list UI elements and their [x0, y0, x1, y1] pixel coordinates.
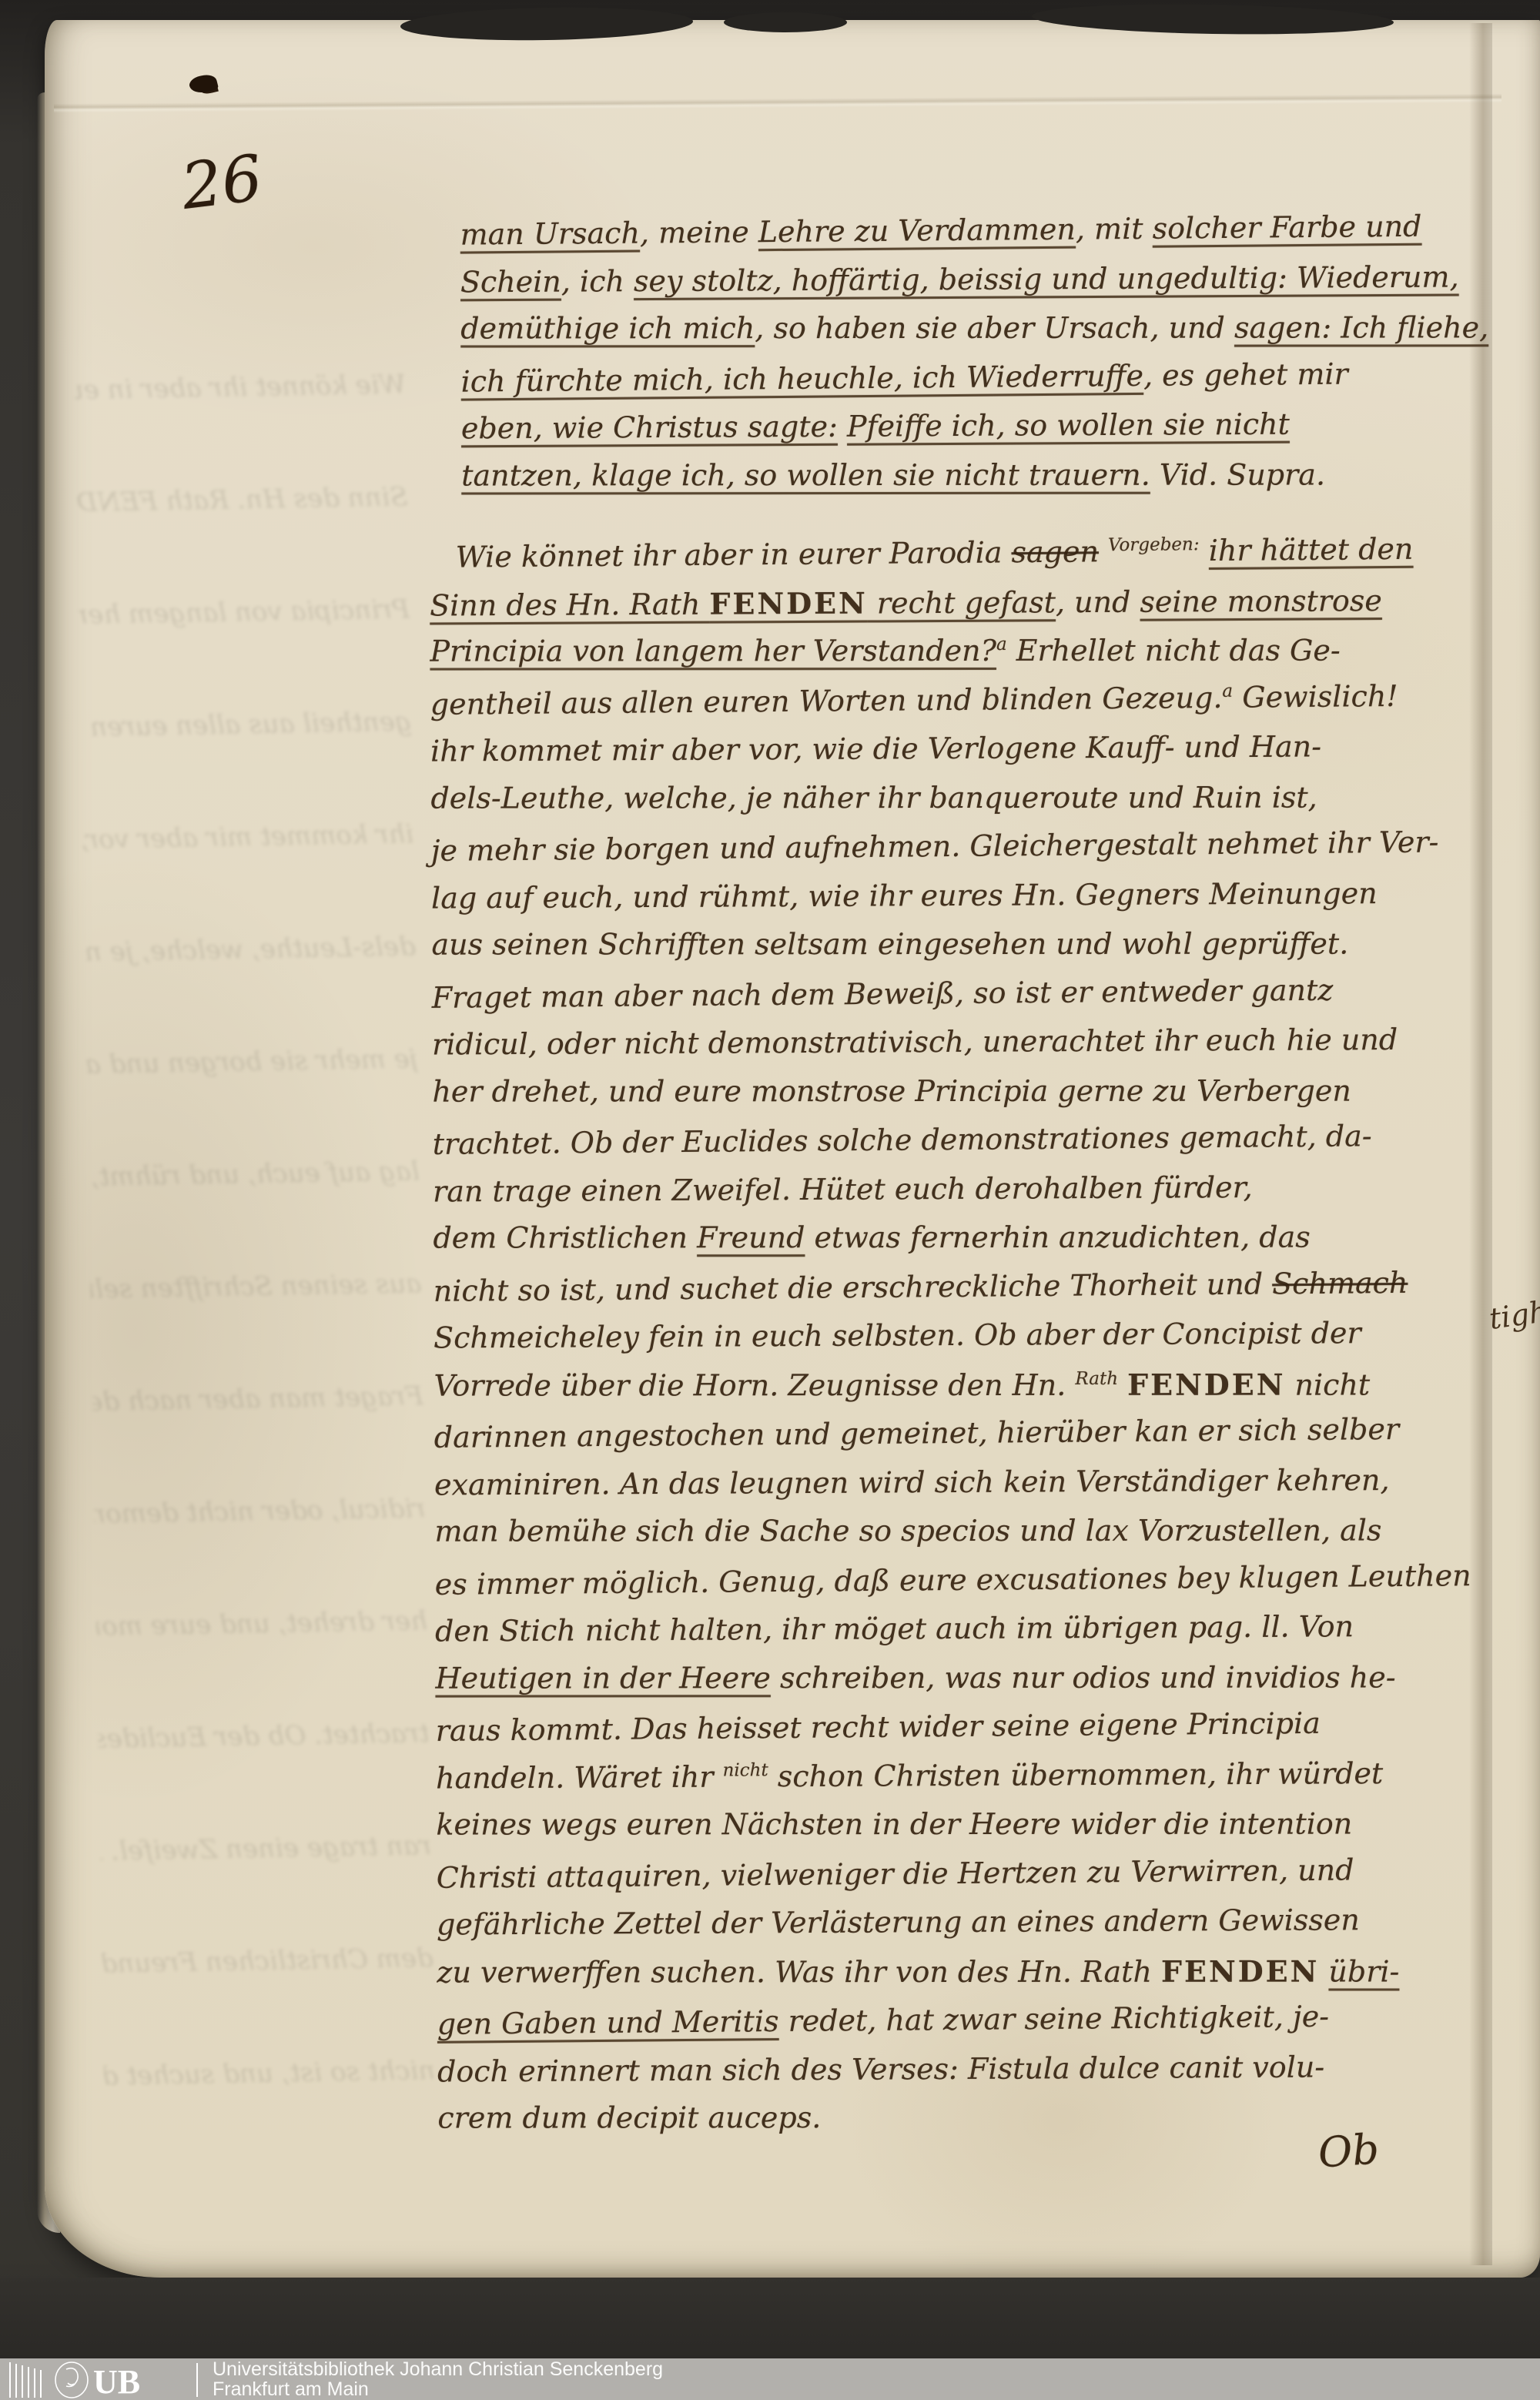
manuscript-line: eben, wie Christus sagte: Pfeiffe ich, s… — [461, 399, 1465, 453]
paragraph: man Ursach, meine Lehre zu Verdammen, mi… — [460, 203, 1465, 502]
manuscript-line: man Ursach, meine Lehre zu Verdammen, mi… — [460, 202, 1464, 259]
page-fold-shadow — [1469, 23, 1492, 2265]
portrait-icon — [55, 2362, 88, 2398]
manuscript-line: ran trage einen Zweifel. Hütet euch dero… — [433, 1162, 1468, 1217]
manuscript-line: keines wegs euren Nächsten in der Heere … — [436, 1799, 1471, 1849]
manuscript-line: tantzen, klage ich, so wollen sie nicht … — [461, 450, 1465, 500]
manuscript-line: man bemühe sich die Sache so specios und… — [434, 1506, 1470, 1556]
book-pages-icon — [10, 2362, 41, 2398]
manuscript-line: je mehr sie borgen und aufnehmen. Gleich… — [431, 818, 1468, 875]
manuscript-line: ich fürchte mich, ich heuchle, ich Wiede… — [460, 349, 1465, 407]
ub-logo: UB — [6, 2360, 200, 2398]
manuscript-line: es immer möglich. Genug, daß eure excusa… — [435, 1551, 1471, 1609]
manuscript-line: nicht so ist, und suchet die erschreckli… — [434, 1258, 1470, 1316]
library-name-block: Universitätsbibliothek Johann Christian … — [213, 2359, 663, 2399]
torn-top-edge — [724, 12, 847, 32]
bleed-through-text: Wie könnet ihr aber in eurer Parodia sag… — [74, 328, 436, 2120]
manuscript-line: her drehet, und eure monstrose Principia… — [432, 1066, 1468, 1116]
manuscript-line: Fraget man aber nach dem Beweiß, so ist … — [432, 965, 1468, 1023]
manuscript-line: handeln. Wäret ihr nicht schon Christen … — [436, 1749, 1471, 1803]
manuscript-line: Sinn des Hn. Rath FENDEN recht gefast, u… — [430, 575, 1465, 630]
folio-number: 26 — [178, 142, 266, 224]
manuscript-line: Schein, ich sey stoltz, hoffärtig, beiss… — [460, 253, 1464, 306]
manuscript-line: examiniren. An das leugnen wird sich kei… — [434, 1455, 1470, 1510]
manuscript-line: aus seinen Schrifften seltsam eingesehen… — [431, 919, 1467, 969]
manuscript-line: gen Gaben und Meritis redet, hat zwar se… — [437, 1991, 1474, 2049]
library-footer-bar: UB Universitätsbibliothek Johann Christi… — [0, 2358, 1540, 2400]
manuscript-text-block: man Ursach, meine Lehre zu Verdammen, mi… — [427, 203, 1473, 2145]
manuscript-line: darinnen angestochen und gemeinet, hierü… — [434, 1404, 1471, 1462]
manuscript-line: ihr kommet mir aber vor, wie die Verloge… — [430, 721, 1466, 776]
manuscript-line: gefährliche Zettel der Verlästerung an e… — [437, 1895, 1472, 1950]
manuscript-line: den Stich nicht halten, ihr möget auch i… — [435, 1602, 1471, 1656]
manuscript-line: Schmeicheley fein in euch selbsten. Ob a… — [434, 1308, 1469, 1363]
manuscript-line: Vorrede über die Horn. Zeugnisse den Hn.… — [434, 1360, 1469, 1410]
manuscript-line: ridicul, oder nicht demonstrativisch, un… — [432, 1015, 1468, 1069]
scan-background — [0, 2278, 1540, 2359]
paragraph: Wie könnet ihr aber in eurer Parodia sag… — [430, 526, 1474, 2145]
adjacent-page-fragment: tigh — [1487, 1294, 1540, 1336]
manuscript-line: Christi attaquiren, vielweniger die Hert… — [437, 1845, 1473, 1903]
ub-logo-text: UB — [93, 2363, 140, 2398]
library-name: Universitätsbibliothek Johann Christian … — [213, 2359, 663, 2379]
library-location: Frankfurt am Main — [213, 2379, 663, 2399]
manuscript-line: dels-Leuthe, welche, je näher ihr banque… — [430, 773, 1466, 823]
manuscript-line: Principia von langem her Verstanden?a Er… — [430, 626, 1465, 676]
manuscript-line: Heutigen in der Heere schreiben, was nur… — [435, 1653, 1471, 1703]
manuscript-line: raus kommt. Das heisset recht wider sein… — [436, 1698, 1472, 1756]
manuscript-line: lag auf euch, und rühmt, wie ihr eures H… — [431, 869, 1467, 923]
manuscript-line: gentheil aus allen euren Worten und blin… — [430, 671, 1467, 729]
manuscript-line: zu verwerffen suchen. Was ihr von des Hn… — [437, 1946, 1472, 1997]
manuscript-line: dem Christlichen Freund etwas fernerhin … — [433, 1213, 1468, 1263]
manuscript-line: Wie könnet ihr aber in eurer Parodia sag… — [430, 524, 1466, 582]
manuscript-line: demüthige ich mich, so haben sie aber Ur… — [460, 303, 1464, 353]
catchword: Ob — [1317, 2124, 1381, 2177]
manuscript-line: trachtet. Ob der Euclides solche demonst… — [433, 1111, 1469, 1169]
manuscript-line: doch erinnert man sich des Verses: Fistu… — [437, 2042, 1473, 2097]
